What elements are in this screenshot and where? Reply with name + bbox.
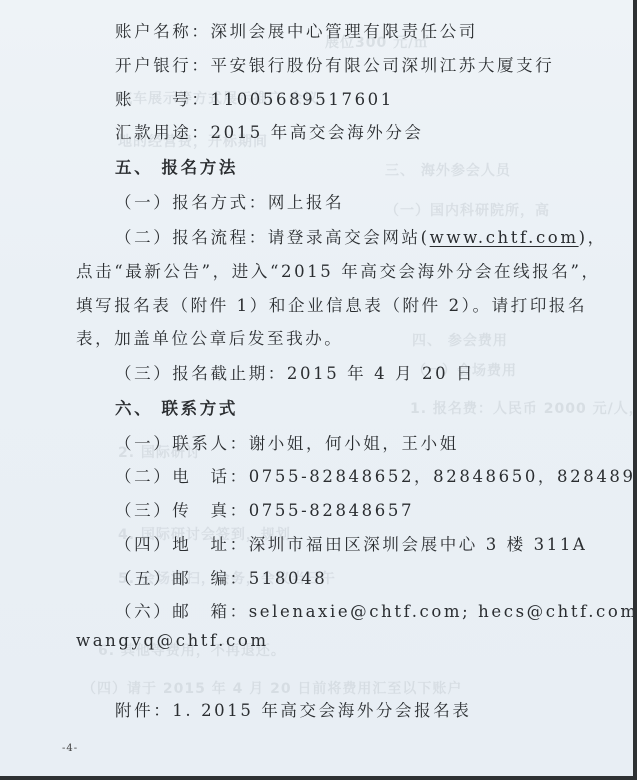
bleed-through-text: 1. 报名费：人民币 2000 元/人，会场内 <box>410 398 633 418</box>
registration-process-punct: )， <box>579 228 607 247</box>
bleed-through-text: （四）请于 2015 年 4 月 20 日前将费用汇至以下账户 <box>82 678 462 698</box>
bleed-through-text: 三、 海外参会人员 <box>385 160 511 180</box>
section-5-title: 五、 报名方法 <box>115 154 238 178</box>
website-link[interactable]: www.chtf.com <box>430 228 579 247</box>
registration-process-label: （二）报名流程：请登录高交会网站( <box>115 228 430 247</box>
account-purpose-row: 汇款用途：2015 年高交会海外分会 <box>115 119 424 143</box>
contact-email-line-1: （六）邮 箱：selenaxie@chtf.com; hecs@chtf.com… <box>115 598 633 622</box>
account-purpose-label: 汇款用途： <box>115 123 211 142</box>
page-number: -4- <box>62 743 78 754</box>
registration-process-line-4: 表，加盖单位公章后发至我办。 <box>76 325 343 349</box>
account-number-label: 账 号： <box>115 90 211 109</box>
registration-process-row: （二）报名流程：请登录高交会网站(www.chtf.com)， <box>115 224 607 248</box>
bleed-through-text: 四、 参会费用 <box>412 330 508 350</box>
registration-process-line-2: 点击“最新公告”，进入“2015 年高交会海外分会在线报名”， <box>76 258 601 282</box>
contact-address: （四）地 址：深圳市福田区深圳会展中心 3 楼 311A <box>115 531 587 555</box>
registration-method-label: （一）报名方式： <box>115 193 268 212</box>
account-name-label: 账户名称： <box>115 22 211 41</box>
registration-deadline: （三）报名截止期：2015 年 4 月 20 日 <box>115 360 475 384</box>
contact-postcode: （五）邮 编：518048 <box>115 565 327 589</box>
account-purpose-value: 2015 年高交会海外分会 <box>211 123 424 142</box>
account-name-row: 账户名称：深圳会展中心管理有限责任公司 <box>115 18 478 42</box>
account-bank-value: 平安银行股份有限公司深圳江苏大厦支行 <box>211 56 555 75</box>
account-bank-row: 开户银行：平安银行股份有限公司深圳江苏大厦支行 <box>115 52 554 76</box>
document-page: 展位300 元/㎡ 汽车展示等方式展示推广 会议 地的经营费，开标期间 三、 海… <box>0 0 633 776</box>
registration-method-row: （一）报名方式：网上报名 <box>115 189 344 213</box>
section-6-title: 六、 联系方式 <box>115 395 238 419</box>
attachment-note: 附件：1. 2015 年高交会海外分会报名表 <box>115 697 471 721</box>
account-number-row: 账 号：11005689517601 <box>115 86 394 110</box>
account-bank-label: 开户银行： <box>115 56 211 75</box>
registration-method-value: 网上报名 <box>268 193 344 212</box>
account-name-value: 深圳会展中心管理有限责任公司 <box>211 22 478 41</box>
contact-email-line-2: wangyq@chtf.com <box>76 631 269 650</box>
bleed-through-text: （一）国内科研院所，高 <box>385 200 550 220</box>
registration-process-line-3: 填写报名表（附件 1）和企业信息表（附件 2）。请打印报名 <box>76 292 587 316</box>
account-number-value: 11005689517601 <box>211 90 394 109</box>
contact-phone: （二）电 话：0755-82848652，82848650，82848962 <box>115 463 633 487</box>
contact-persons: （一）联系人：谢小姐，何小姐，王小姐 <box>115 430 459 454</box>
contact-fax: （三）传 真：0755-82848657 <box>115 497 414 521</box>
